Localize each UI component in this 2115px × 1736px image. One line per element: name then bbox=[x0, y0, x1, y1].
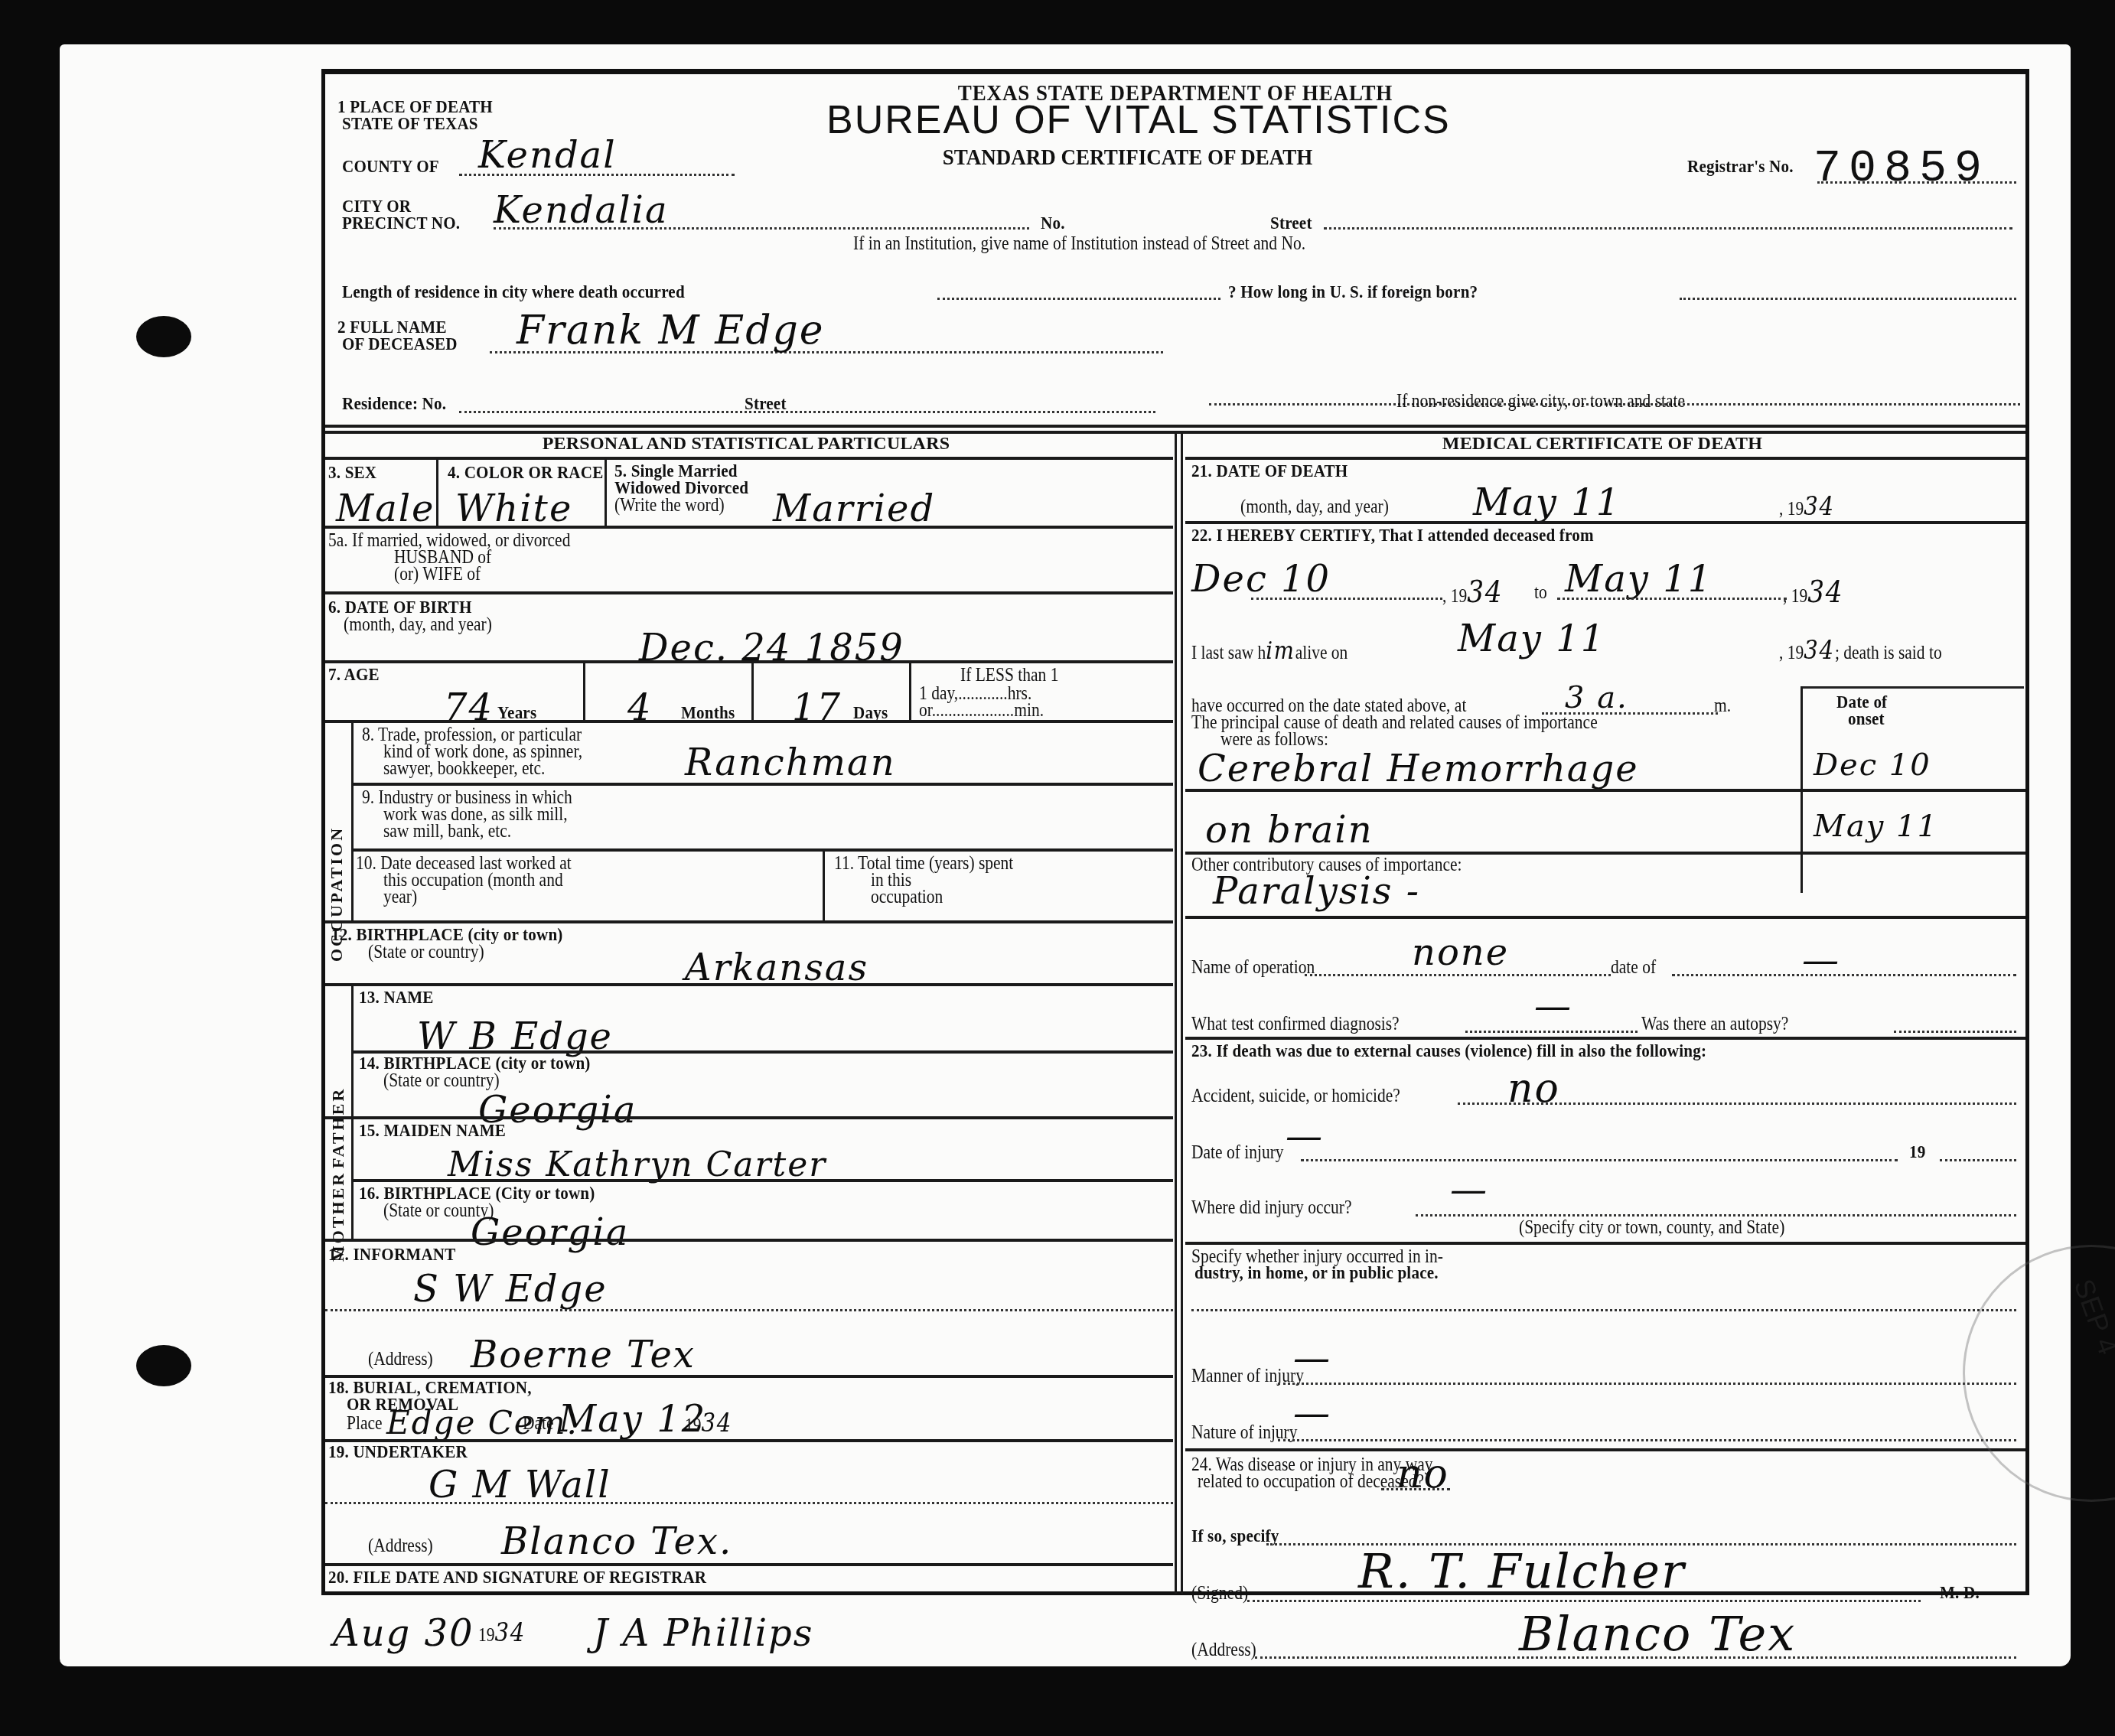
attended-from: Dec 10 bbox=[1191, 558, 1331, 601]
marital-value: Married bbox=[773, 487, 935, 530]
physician-signature: R. T. Fulcher bbox=[1358, 1543, 1686, 1599]
test-label: What test confirmed diagnosis? bbox=[1191, 1014, 1400, 1034]
bureau-title: BUREAU OF VITAL STATISTICS bbox=[826, 97, 1451, 143]
external-causes-label: 23. If death was due to external causes … bbox=[1191, 1041, 1706, 1061]
certificate-title: STANDARD CERTIFICATE OF DEATH bbox=[943, 145, 1312, 171]
stamp-text: SEP 4 bbox=[2068, 1275, 2115, 1359]
death-certificate-form: 1 PLACE OF DEATH STATE OF TEXAS TEXAS ST… bbox=[321, 69, 2029, 1595]
attended-to-year: 34 bbox=[1807, 575, 1843, 610]
last-saw-label-3: ; death is said to bbox=[1835, 643, 1942, 663]
accident-value: no bbox=[1507, 1066, 1560, 1112]
city-label-2: PRECINCT NO. bbox=[342, 213, 460, 233]
city-value: Kendalia bbox=[494, 189, 669, 232]
registrar-number: 70859 bbox=[1814, 143, 1990, 195]
industry-label-3: saw mill, bank, etc. bbox=[383, 821, 511, 842]
informant-address-label: (Address) bbox=[368, 1349, 433, 1370]
file-date-value: Aug 30 bbox=[333, 1612, 474, 1655]
undertaker-address-value: Blanco Tex. bbox=[501, 1520, 732, 1563]
sex-label: 3. SEX bbox=[328, 463, 376, 483]
registrar-signature: J A Phillips bbox=[593, 1612, 813, 1655]
foreign-born-label: ? How long in U. S. if foreign born? bbox=[1228, 282, 1478, 302]
file-year: 34 bbox=[495, 1617, 526, 1648]
onset-label-2: onset bbox=[1848, 709, 1885, 729]
father-birthplace-label-2: (State or country) bbox=[383, 1070, 500, 1091]
birthplace-label-2: (State or country) bbox=[368, 942, 484, 962]
cause-2-onset: May 11 bbox=[1814, 809, 1938, 844]
operation-label: Name of operation bbox=[1191, 957, 1315, 978]
dod-year-prefix: , 19 bbox=[1779, 499, 1804, 519]
principal-cause-label-2: were as follows: bbox=[1220, 729, 1328, 750]
cause-2: on brain bbox=[1205, 809, 1374, 852]
spouse-label-3: (or) WIFE of bbox=[394, 564, 481, 585]
cause-1-onset: Dec 10 bbox=[1814, 747, 1931, 783]
less-than-label-1: If LESS than 1 bbox=[960, 665, 1058, 686]
manner-value: — bbox=[1293, 1337, 1331, 1379]
injury-year-prefix: 19 bbox=[1909, 1142, 1925, 1162]
received-stamp: SEP 4 bbox=[1963, 1245, 2115, 1502]
occupation-related-value: no bbox=[1396, 1451, 1449, 1497]
last-saw-year: 34 bbox=[1804, 635, 1835, 666]
burial-place-label: Place bbox=[347, 1413, 383, 1434]
race-value: White bbox=[455, 487, 572, 530]
autopsy-label: Was there an autopsy? bbox=[1641, 1014, 1788, 1034]
last-saw-label-2: alive on bbox=[1295, 643, 1348, 663]
county-label: COUNTY OF bbox=[342, 157, 439, 177]
residence-no-label: Residence: No. bbox=[342, 394, 446, 414]
attended-to-label: to bbox=[1534, 582, 1547, 603]
operation-value: none bbox=[1412, 931, 1509, 974]
medical-section-title: MEDICAL CERTIFICATE OF DEATH bbox=[1185, 434, 2019, 454]
md-label: M. D. bbox=[1940, 1583, 1980, 1603]
last-saw-value: May 11 bbox=[1458, 617, 1605, 660]
dod-year: 34 bbox=[1804, 491, 1835, 522]
operation-date-value: — bbox=[1802, 939, 1840, 982]
file-year-prefix: 19 bbox=[478, 1625, 495, 1646]
less-than-label-3: or....................min. bbox=[919, 700, 1044, 721]
total-time-label-1: 11. Total time (years) spent bbox=[834, 853, 1013, 874]
operation-date-label: date of bbox=[1611, 957, 1656, 978]
undertaker-label: 19. UNDERTAKER bbox=[328, 1442, 468, 1462]
dod-label-1: 21. DATE OF DEATH bbox=[1191, 461, 1348, 481]
dod-value: May 11 bbox=[1473, 481, 1621, 524]
attended-to: May 11 bbox=[1565, 558, 1713, 601]
dod-label-2: (month, day, and year) bbox=[1240, 497, 1389, 517]
trade-value: Ranchman bbox=[685, 741, 896, 784]
mother-birthplace-value: Georgia bbox=[471, 1211, 629, 1254]
dob-label-2: (month, day, and year) bbox=[344, 614, 492, 635]
deceased-name: Frank M Edge bbox=[517, 308, 825, 353]
injury-where-note: (Specify city or town, county, and State… bbox=[1519, 1217, 1784, 1238]
registrar-no-label: Registrar's No. bbox=[1687, 157, 1794, 177]
injury-where-label: Where did injury occur? bbox=[1191, 1197, 1352, 1218]
mother-name-label: 15. MAIDEN NAME bbox=[359, 1121, 506, 1141]
nature-value: — bbox=[1293, 1392, 1331, 1435]
injury-where-value: — bbox=[1450, 1168, 1488, 1211]
state-label: STATE OF TEXAS bbox=[342, 114, 478, 134]
attended-from-year-prefix: , 19 bbox=[1442, 586, 1467, 607]
signed-label: (Signed) bbox=[1191, 1583, 1248, 1604]
total-time-label-3: occupation bbox=[871, 887, 943, 907]
personal-section-title: PERSONAL AND STATISTICAL PARTICULARS bbox=[325, 434, 1167, 454]
burial-year: 34 bbox=[702, 1408, 733, 1438]
occurred-value: 3 a. bbox=[1565, 680, 1628, 715]
age-label: 7. AGE bbox=[328, 665, 380, 685]
certify-label: 22. I HEREBY CERTIFY, That I attended de… bbox=[1191, 526, 1594, 546]
informant-value: S W Edge bbox=[413, 1268, 608, 1311]
punch-hole-top bbox=[136, 316, 191, 357]
last-saw-label-1: I last saw h bbox=[1191, 643, 1266, 663]
marital-label-3: (Write the word) bbox=[614, 495, 725, 516]
informant-address-value: Boerne Tex bbox=[471, 1334, 696, 1376]
undertaker-value: G M Wall bbox=[429, 1464, 611, 1506]
last-worked-label-3: year) bbox=[383, 887, 417, 907]
injury-date-label: Date of injury bbox=[1191, 1142, 1284, 1163]
last-saw-him: im bbox=[1266, 636, 1295, 665]
injury-type-label-2: dustry, in home, or in public place. bbox=[1194, 1263, 1439, 1283]
punch-hole-bottom bbox=[136, 1345, 191, 1386]
attended-from-year: 34 bbox=[1467, 575, 1503, 610]
physician-address-value: Blanco Tex bbox=[1519, 1606, 1796, 1662]
attended-to-year-prefix: , 19 bbox=[1783, 586, 1807, 607]
full-name-label-2: OF DECEASED bbox=[342, 334, 458, 354]
street-label: Street bbox=[1270, 213, 1312, 233]
institution-note: If in an Institution, give name of Insti… bbox=[853, 233, 1305, 254]
county-value: Kendal bbox=[478, 134, 617, 177]
burial-date-label: Date bbox=[523, 1413, 554, 1434]
residence-length-label: Length of residence in city where death … bbox=[342, 282, 685, 302]
other-causes-value: Paralysis - bbox=[1213, 870, 1420, 913]
cause-1: Cerebral Hemorrhage bbox=[1198, 747, 1639, 790]
sex-value: Male bbox=[336, 487, 435, 530]
undertaker-address-label: (Address) bbox=[368, 1536, 433, 1556]
file-date-label: 20. FILE DATE AND SIGNATURE OF REGISTRAR bbox=[328, 1568, 706, 1588]
physician-address-label: (Address) bbox=[1191, 1640, 1256, 1660]
no-label: No. bbox=[1041, 213, 1065, 233]
accident-label: Accident, suicide, or homicide? bbox=[1191, 1086, 1400, 1106]
burial-year-prefix: 19 bbox=[685, 1415, 702, 1436]
injury-date-value: — bbox=[1286, 1115, 1324, 1158]
occurred-suffix: m. bbox=[1714, 695, 1731, 716]
test-value: — bbox=[1534, 985, 1572, 1028]
informant-label: 17. INFORMANT bbox=[328, 1245, 456, 1265]
race-label: 4. COLOR OR RACE bbox=[448, 463, 603, 483]
trade-label-3: sawyer, bookkeeper, etc. bbox=[383, 758, 545, 779]
nonresidence-note: If non-residence give city, or town and … bbox=[1396, 391, 1685, 412]
last-saw-year-prefix: , 19 bbox=[1779, 643, 1804, 663]
father-name-label: 13. NAME bbox=[359, 988, 434, 1008]
